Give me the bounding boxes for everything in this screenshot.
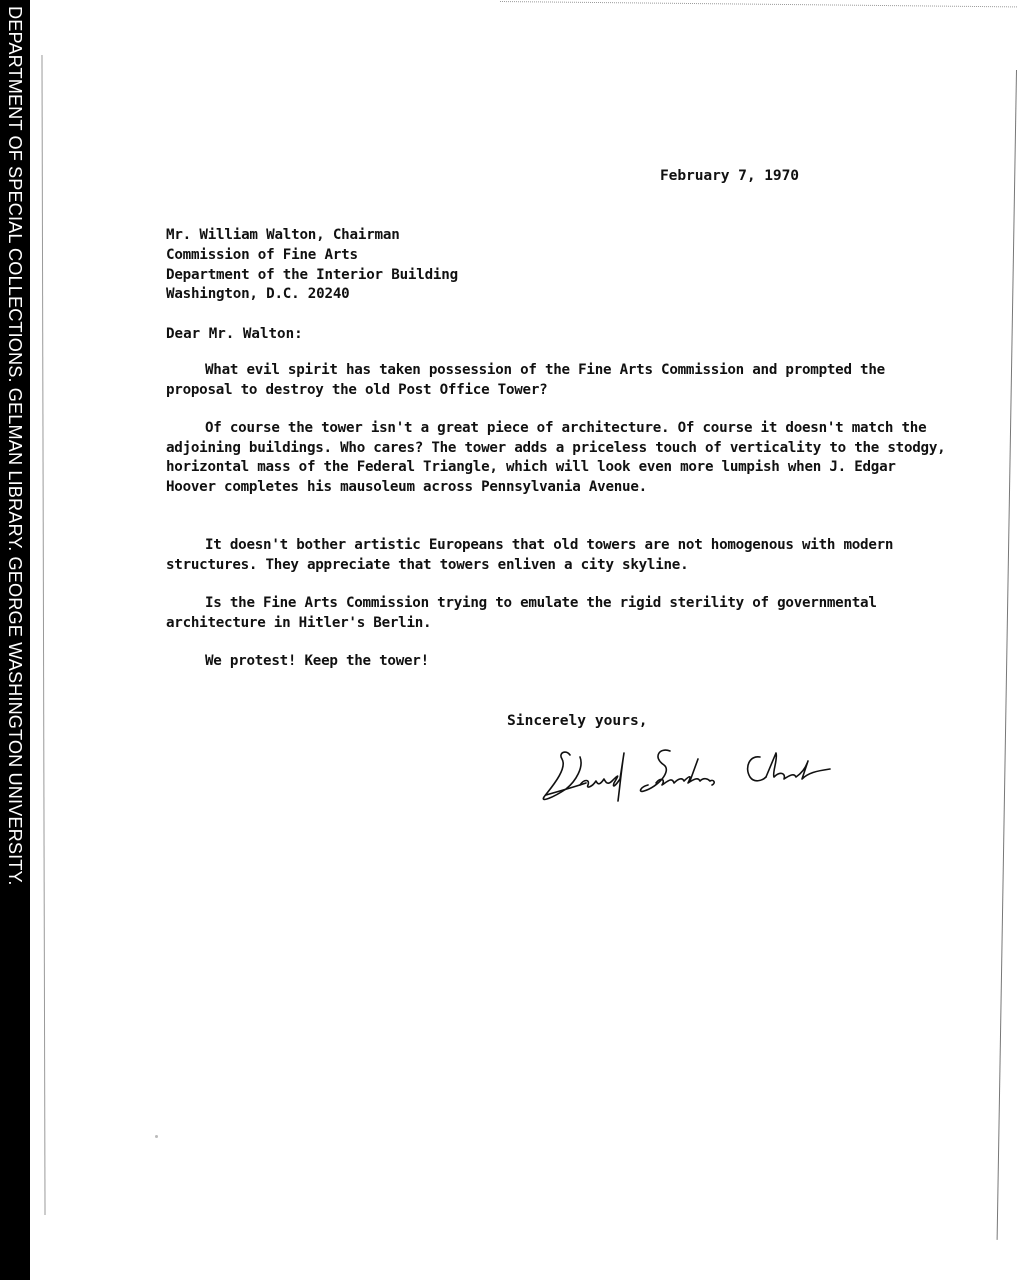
salutation: Dear Mr. Walton:	[166, 324, 303, 344]
archive-banner-text: DEPARTMENT OF SPECIAL COLLECTIONS. GELMA…	[0, 0, 30, 1086]
body-paragraph-4: Is the Fine Arts Commission trying to em…	[166, 594, 946, 633]
closing: Sincerely yours,	[507, 711, 648, 731]
letter-date: February 7, 1970	[660, 166, 799, 186]
signature-icon	[540, 745, 860, 805]
handwritten-signature	[540, 745, 860, 805]
body-paragraph-1: What evil spirit has taken possession of…	[166, 361, 946, 400]
page-top-edge	[500, 1, 1017, 7]
recipient-city-line: Washington, D.C. 20240	[166, 285, 458, 305]
scan-speck	[155, 1135, 158, 1138]
body-paragraph-5: We protest! Keep the tower!	[166, 652, 946, 672]
page-left-edge	[41, 55, 45, 1215]
recipient-building-line: Department of the Interior Building	[166, 266, 458, 286]
recipient-name-line: Mr. William Walton, Chairman	[166, 226, 458, 246]
archive-banner: DEPARTMENT OF SPECIAL COLLECTIONS. GELMA…	[0, 0, 30, 1280]
recipient-address: Mr. William Walton, Chairman Commission …	[166, 226, 458, 305]
recipient-organization-line: Commission of Fine Arts	[166, 246, 458, 266]
page-right-edge	[997, 70, 1017, 1240]
body-paragraph-2: Of course the tower isn't a great piece …	[166, 419, 946, 497]
body-paragraph-3: It doesn't bother artistic Europeans tha…	[166, 536, 946, 575]
